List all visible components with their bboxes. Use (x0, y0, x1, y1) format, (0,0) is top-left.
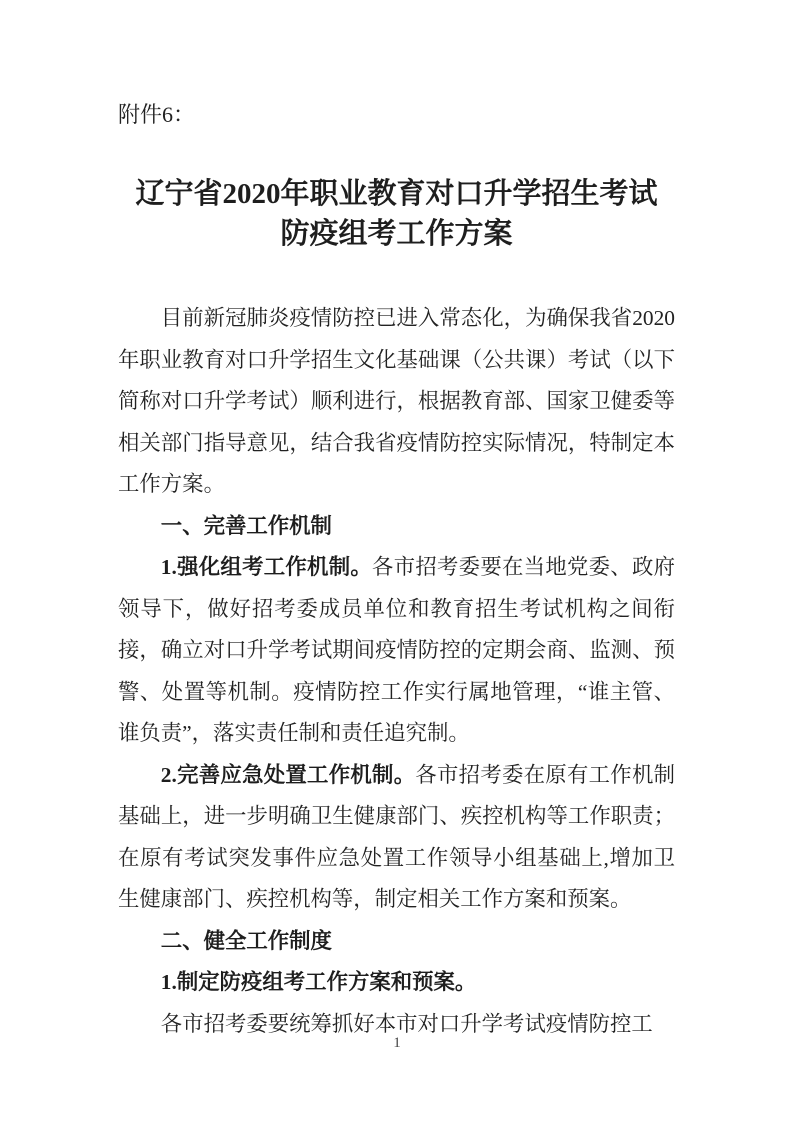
section-1-item-1-text: 各市招考委要在当地党委、政府领导下，做好招考委成员单位和教育招生考试机构之间衔接… (118, 555, 675, 745)
section-1-heading: 一、完善工作机制 (118, 506, 675, 548)
page-number: 1 (0, 1035, 794, 1051)
title-line-1: 辽宁省2020年职业教育对口升学招生考试 (118, 174, 675, 214)
attachment-label: 附件6： (118, 100, 675, 130)
document-page: 附件6： 辽宁省2020年职业教育对口升学招生考试 防疫组考工作方案 目前新冠肺… (0, 0, 794, 1123)
document-body: 目前新冠肺炎疫情防控已进入常态化，为确保我省2020年职业教育对口升学招生文化基… (118, 298, 675, 1045)
section-2-item-1-lead: 1.制定防疫组考工作方案和预案。 (118, 962, 675, 1004)
section-1-item-2-lead: 2.完善应急处置工作机制。 (161, 763, 416, 787)
section-1-item-1: 1.强化组考工作机制。各市招考委要在当地党委、政府领导下，做好招考委成员单位和教… (118, 547, 675, 755)
title-line-2: 防疫组考工作方案 (118, 214, 675, 254)
section-1-item-2: 2.完善应急处置工作机制。各市招考委在原有工作机制基础上，进一步明确卫生健康部门… (118, 755, 675, 921)
intro-paragraph: 目前新冠肺炎疫情防控已进入常态化，为确保我省2020年职业教育对口升学招生文化基… (118, 298, 675, 506)
section-2-heading: 二、健全工作制度 (118, 921, 675, 963)
section-1-item-1-lead: 1.强化组考工作机制。 (161, 555, 372, 579)
document-title: 辽宁省2020年职业教育对口升学招生考试 防疫组考工作方案 (118, 174, 675, 254)
